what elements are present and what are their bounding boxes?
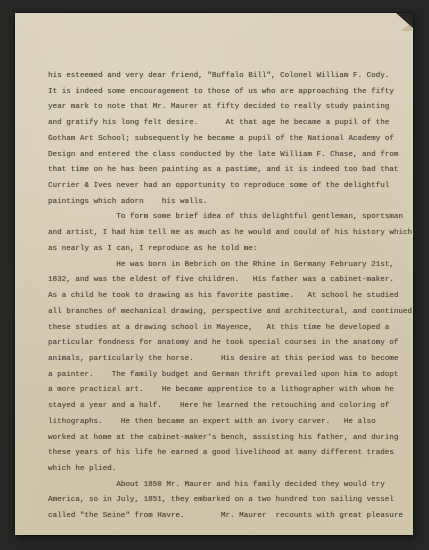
text-line: Gotham Art School; subsequently he becam… [48, 132, 420, 148]
text-line: and artist, I had him tell me as much as… [48, 226, 420, 242]
text-line: his esteemed and very dear friend, "Buff… [48, 69, 420, 85]
text-line: that time on he has been painting as a p… [48, 163, 420, 179]
text-line: these years of his life he earned a good… [48, 446, 420, 462]
text-line: these studies at a drawing school in May… [48, 321, 420, 337]
text-line: paintings which adorn his walls. [48, 195, 420, 211]
text-line: America, so in July, 1851, they embarked… [48, 493, 420, 509]
text-line: particular fondness for anatomy and he t… [48, 336, 420, 352]
text-line: as nearly as I can, I reproduce as he to… [48, 242, 420, 258]
text-line: year mark to note that Mr. Maurer at fif… [48, 100, 420, 116]
document-page: his esteemed and very dear friend, "Buff… [15, 13, 413, 535]
text-line: lithographs. He then became an expert wi… [48, 415, 420, 431]
text-line: and gratify his long felt desire. At tha… [48, 116, 420, 132]
text-line: As a child he took to drawing as his fav… [48, 289, 420, 305]
text-line: About 1850 Mr. Maurer and his family dec… [48, 478, 420, 494]
text-line: worked at home at the cabinet-maker's be… [48, 431, 420, 447]
text-line: stayed a year and a half. Here he learne… [48, 399, 420, 415]
scan-background: his esteemed and very dear friend, "Buff… [0, 0, 429, 550]
text-line: Design and entered the class conducted b… [48, 148, 420, 164]
text-line: 1832, and was the eldest of five childre… [48, 273, 420, 289]
text-line: called "the Seine" from Havre. Mr. Maure… [48, 509, 420, 525]
text-line: animals, particularly the horse. His des… [48, 352, 420, 368]
text-line: He was born in Bebrich on the Rhine in G… [48, 258, 420, 274]
text-line: It is indeed some encouragement to those… [48, 85, 420, 101]
text-line: Currier & Ives never had an opportunity … [48, 179, 420, 195]
clipped-corner [396, 13, 413, 28]
typed-text-block: his esteemed and very dear friend, "Buff… [48, 69, 420, 525]
text-line: a more practical art. He became apprenti… [48, 383, 420, 399]
text-line: a painter. The family budget and German … [48, 368, 420, 384]
text-line: all branches of mechanical drawing, pers… [48, 305, 420, 321]
text-line: To form some brief idea of this delightf… [48, 210, 420, 226]
text-line: which he plied. [48, 462, 420, 478]
